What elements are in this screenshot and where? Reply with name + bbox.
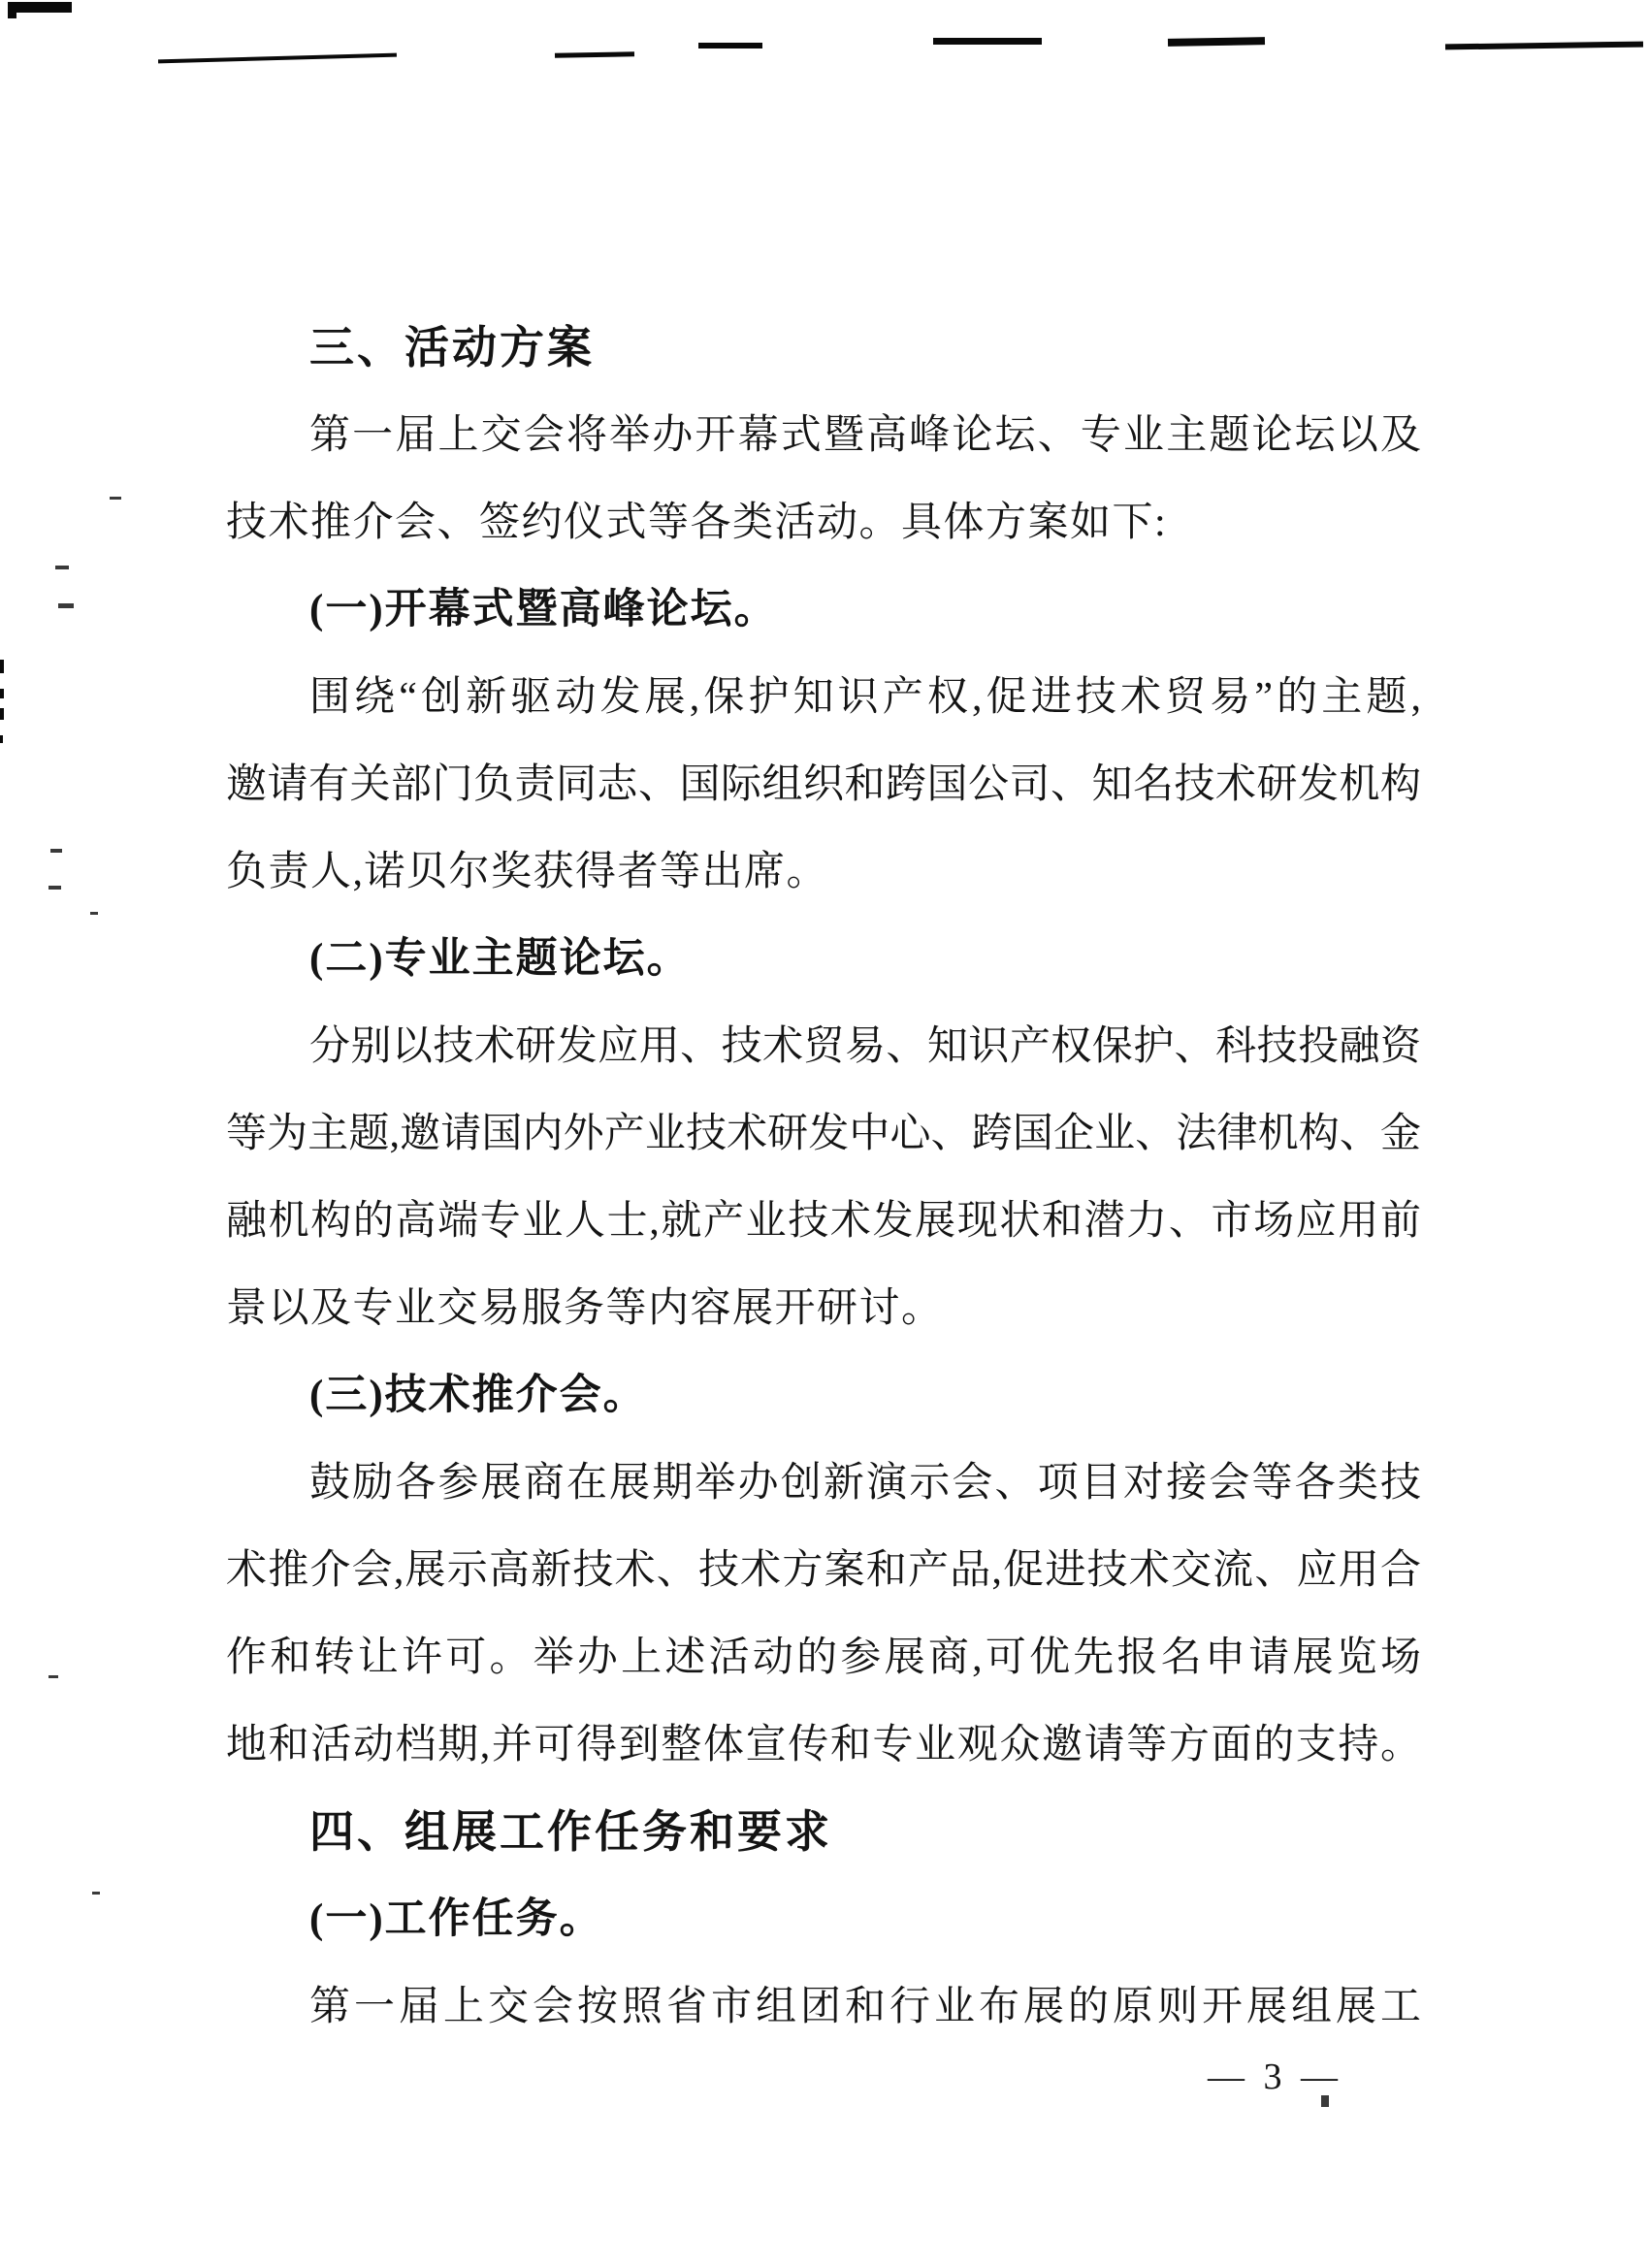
paragraph-line: 围绕“创新驱动发展,保护知识产权,促进技术贸易”的主题, [226, 669, 1421, 757]
scan-speck [50, 849, 62, 853]
scan-speck [0, 660, 4, 673]
paragraph-line: 地和活动档期,并可得到整体宣传和专业观众邀请等方面的支持。 [226, 1717, 1421, 1804]
scan-speck [0, 689, 4, 698]
paragraph-line: 鼓励各参展商在展期举办创新演示会、项目对接会等各类技 [226, 1455, 1421, 1542]
paragraph-line: 融机构的高端专业人士,就产业技术发展现状和潜力、市场应用前 [226, 1193, 1421, 1280]
scan-speck [92, 1892, 100, 1895]
subsection-heading: (一)工作任务。 [226, 1892, 1421, 1979]
scan-speck [0, 735, 3, 743]
scan-speck [48, 886, 61, 890]
scan-speck [90, 912, 98, 915]
scan-streak [1168, 37, 1265, 47]
subsection-heading: (三)技术推介会。 [226, 1368, 1421, 1455]
scan-streak [1445, 42, 1643, 50]
paragraph-line: 术推介会,展示高新技术、技术方案和产品,促进技术交流、应用合 [226, 1542, 1421, 1630]
scan-streak [933, 38, 1042, 45]
paragraph-line: 分别以技术研发应用、技术贸易、知识产权保护、科技投融资 [226, 1019, 1421, 1106]
subsection-heading: (二)专业主题论坛。 [226, 931, 1421, 1019]
document-body: 三、活动方案 第一届上交会将举办开幕式暨高峰论坛、专业主题论坛以及 技术推介会、… [226, 320, 1421, 2066]
scan-streak [8, 2, 72, 13]
subsection-heading: (一)开幕式暨高峰论坛。 [226, 582, 1421, 669]
paragraph-line: 技术推介会、签约仪式等各类活动。具体方案如下: [226, 495, 1421, 582]
scan-speck [48, 1675, 58, 1678]
paragraph-line: 景以及专业交易服务等内容展开研讨。 [226, 1280, 1421, 1368]
paragraph-line: 第一届上交会将举办开幕式暨高峰论坛、专业主题论坛以及 [226, 407, 1421, 495]
paragraph-line: 邀请有关部门负责同志、国际组织和跨国公司、知名技术研发机构 [226, 757, 1421, 844]
scan-speck [0, 708, 4, 720]
document-page: 三、活动方案 第一届上交会将举办开幕式暨高峰论坛、专业主题论坛以及 技术推介会、… [0, 0, 1649, 2268]
scan-speck [58, 603, 74, 608]
scan-streak [158, 53, 397, 64]
paragraph-line: 作和转让许可。举办上述活动的参展商,可优先报名申请展览场 [226, 1630, 1421, 1717]
scan-streak [555, 51, 634, 57]
paragraph-line: 负责人,诺贝尔奖获得者等出席。 [226, 844, 1421, 931]
scan-streak [8, 2, 16, 18]
scan-streak [698, 43, 762, 49]
paragraph-line: 等为主题,邀请国内外产业技术研发中心、跨国企业、法律机构、金 [226, 1106, 1421, 1193]
section-heading: 四、组展工作任务和要求 [226, 1804, 1421, 1892]
page-number: — 3 — [1208, 2049, 1342, 2105]
section-heading: 三、活动方案 [226, 320, 1421, 407]
scan-speck [55, 566, 69, 569]
scan-speck [110, 497, 121, 500]
